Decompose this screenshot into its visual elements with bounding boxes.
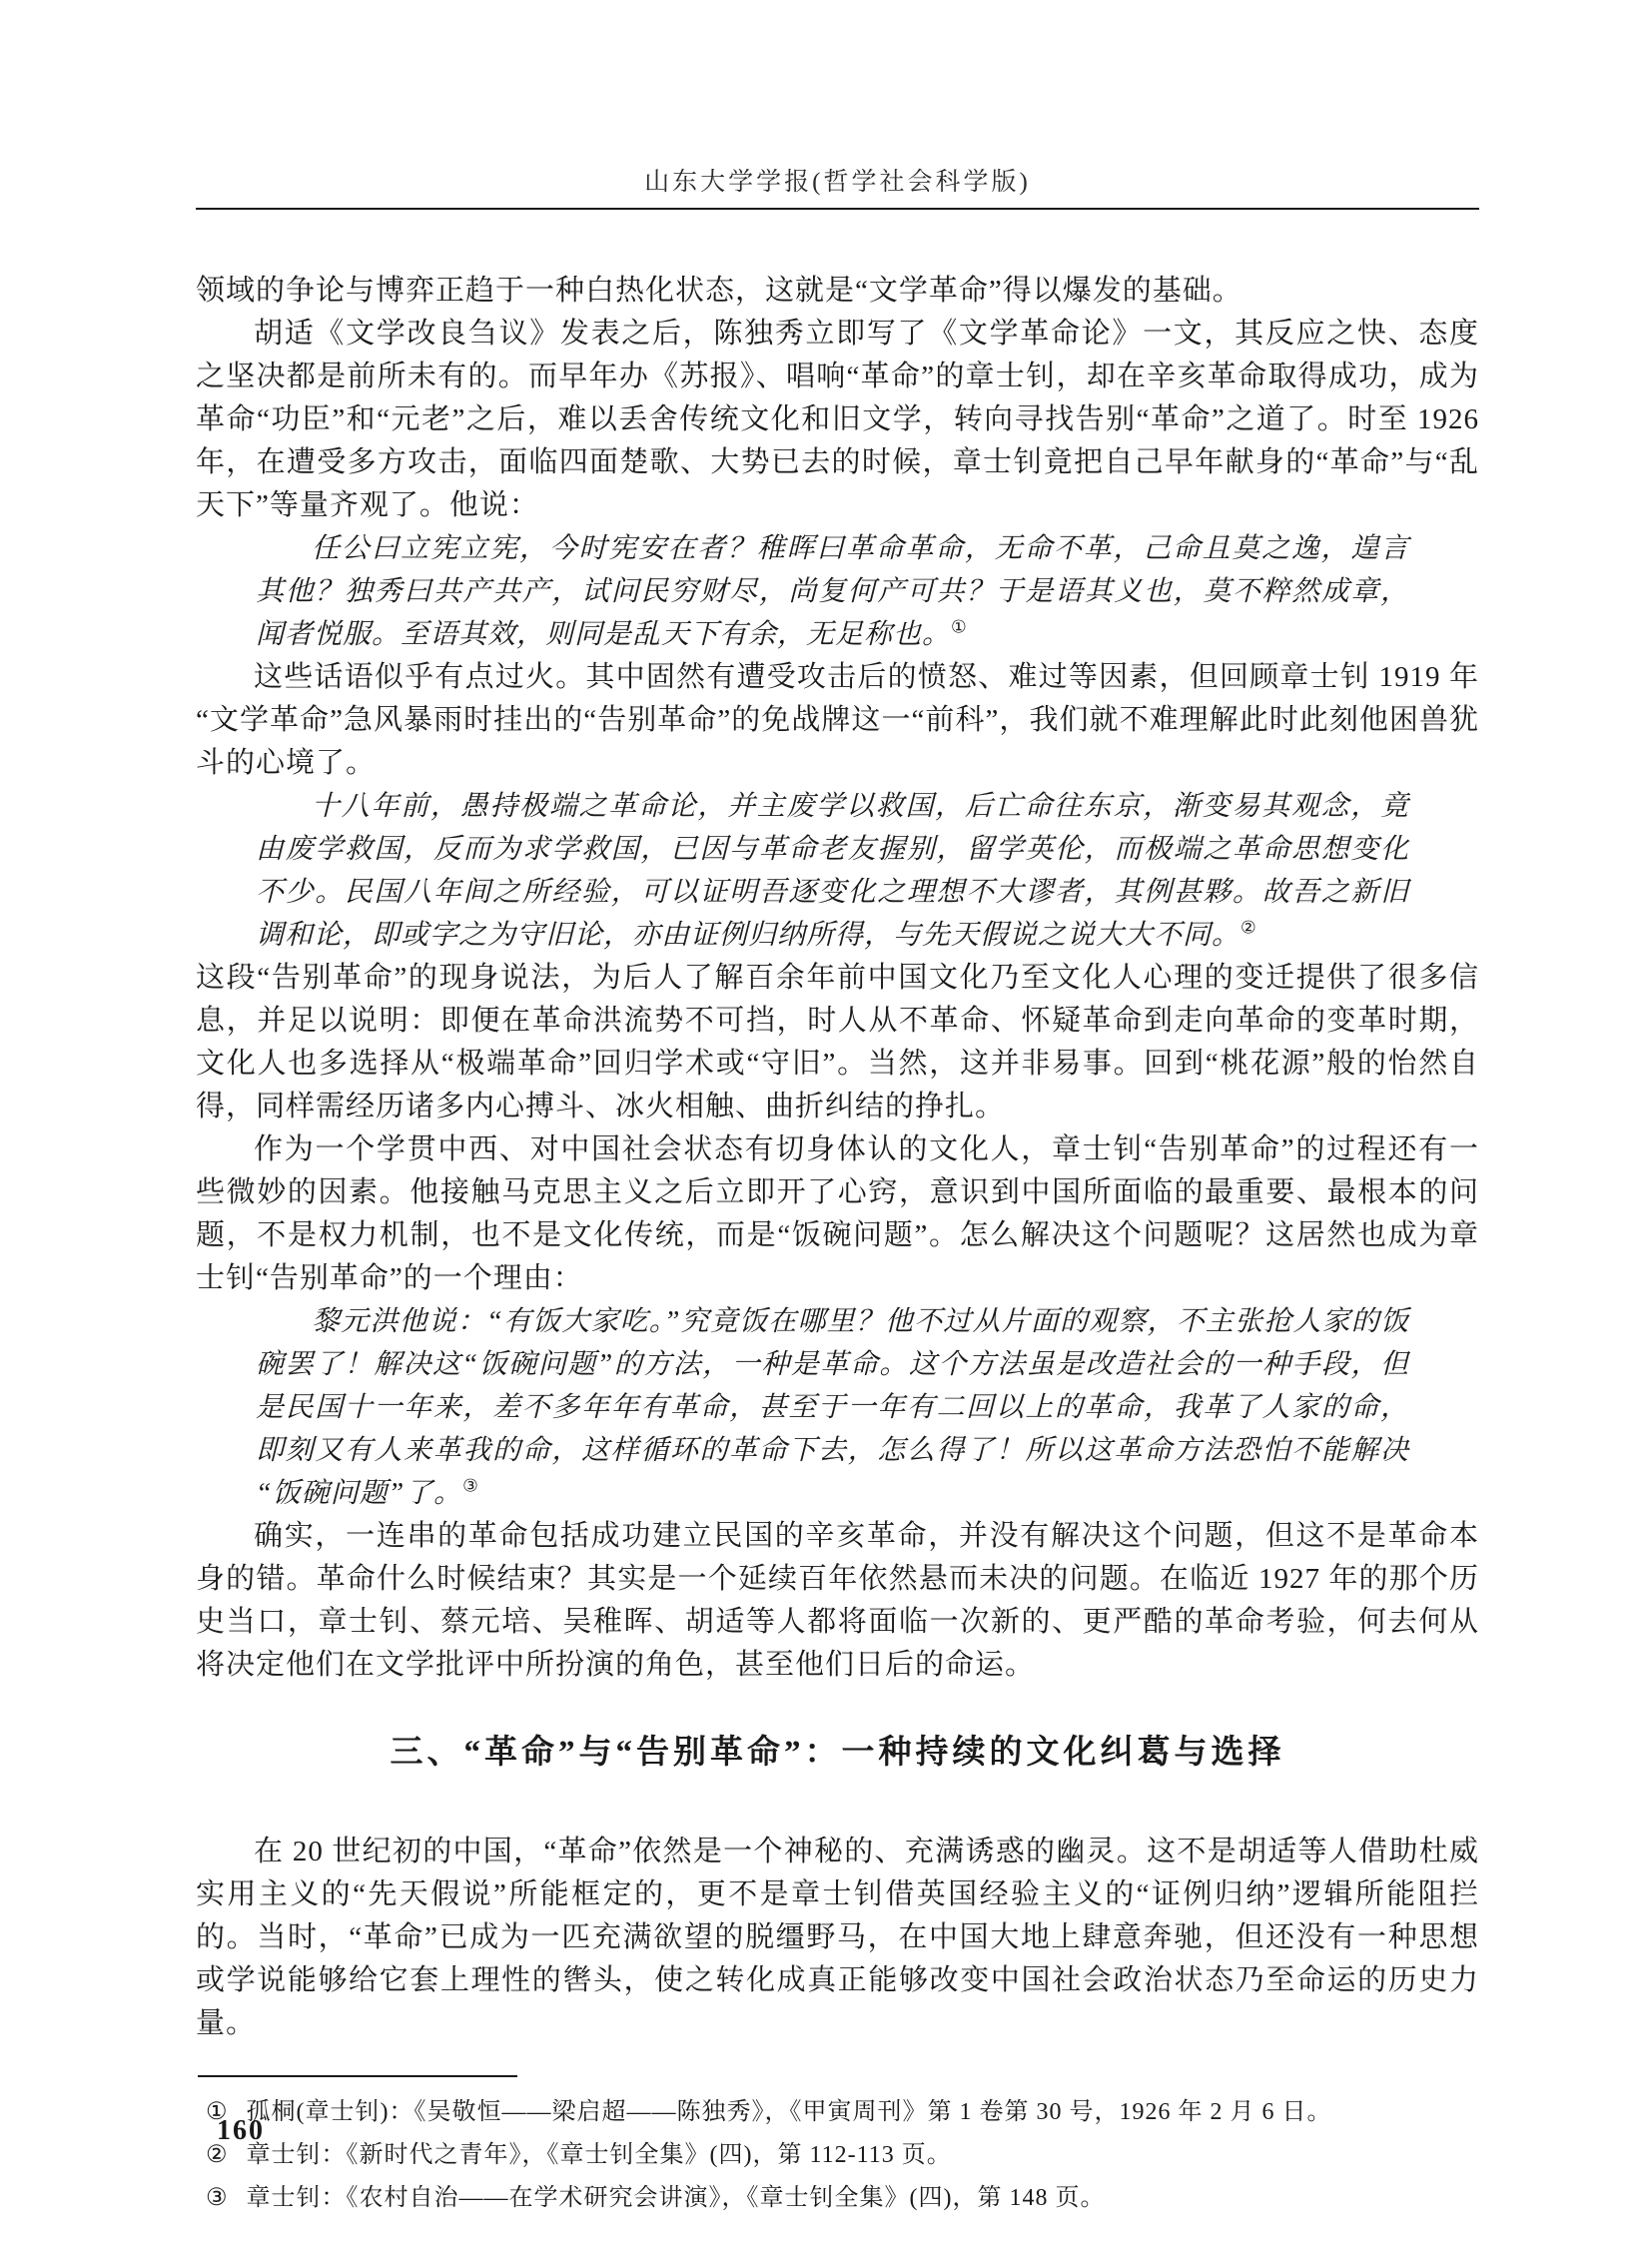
quote-text: 十八年前，愚持极端之革命论，并主废学以救国，后亡命往东京，渐变易其观念，竟由废学…: [256, 791, 1409, 951]
footnote-ref-3: ③: [462, 1477, 479, 1496]
block-quote: 任公曰立宪立宪，今时宪安在者？稚晖曰革命革命，无命不革，己命且莫之逸，遑言其他？…: [256, 527, 1409, 656]
quote-text: 黎元洪他说：“有饭大家吃。”究竟饭在哪里？他不过从片面的观察，不主张抢人家的饭碗…: [256, 1306, 1409, 1509]
page-number: 160: [217, 2115, 265, 2147]
paragraph: 领域的争论与博弈正趋于一种白热化状态，这就是“文学革命”得以爆发的基础。: [196, 270, 1479, 313]
paragraph: 确实，一连串的革命包括成功建立民国的辛亥革命，并没有解决这个问题，但这不是革命本…: [196, 1515, 1479, 1687]
journal-page: 山东大学学报(哲学社会科学版) 领域的争论与博弈正趋于一种白热化状态，这就是“文…: [0, 0, 1652, 2241]
paragraph: 胡适《文学改良刍议》发表之后，陈独秀立即写了《文学革命论》一文，其反应之快、态度…: [196, 313, 1479, 527]
footnotes-section: ① 孤桐(章士钊)：《吴敬恒——梁启超——陈独秀》，《甲寅周刊》第 1 卷第 3…: [196, 2075, 1479, 2220]
footnote-text: 章士钊：《农村自治——在学术研究会讲演》，《章士钊全集》(四)，第 148 页。: [247, 2177, 1479, 2220]
block-quote: 黎元洪他说：“有饭大家吃。”究竟饭在哪里？他不过从片面的观察，不主张抢人家的饭碗…: [256, 1300, 1409, 1515]
header-rule: [196, 208, 1479, 210]
footnote-list: ① 孤桐(章士钊)：《吴敬恒——梁启超——陈独秀》，《甲寅周刊》第 1 卷第 3…: [196, 2091, 1479, 2220]
footnote-divider: [198, 2075, 517, 2077]
footnote-ref-2: ②: [1240, 919, 1257, 938]
article-body: 领域的争论与博弈正趋于一种白热化状态，这就是“文学革命”得以爆发的基础。 胡适《…: [196, 270, 1479, 2045]
paragraph: 这段“告别革命”的现身说法，为后人了解百余年前中国文化乃至文化人心理的变迁提供了…: [196, 957, 1479, 1128]
paragraph: 在 20 世纪初的中国，“革命”依然是一个神秘的、充满诱惑的幽灵。这不是胡适等人…: [196, 1831, 1479, 2045]
paragraph: 这些话语似乎有点过火。其中固然有遭受攻击后的愤怒、难过等因素，但回顾章士钊 19…: [196, 656, 1479, 785]
footnote-item: ③ 章士钊：《农村自治——在学术研究会讲演》，《章士钊全集》(四)，第 148 …: [196, 2177, 1479, 2220]
footnote-text: 章士钊：《新时代之青年》，《章士钊全集》(四)，第 112-113 页。: [247, 2134, 1479, 2177]
section-heading: 三、“革命”与“告别革命”：一种持续的文化纠葛与选择: [196, 1729, 1479, 1777]
footnote-item: ② 章士钊：《新时代之青年》，《章士钊全集》(四)，第 112-113 页。: [196, 2134, 1479, 2177]
journal-header-title: 山东大学学报(哲学社会科学版): [196, 168, 1479, 198]
paragraph: 作为一个学贯中西、对中国社会状态有切身体认的文化人，章士钊“告别革命”的过程还有…: [196, 1128, 1479, 1300]
footnote-item: ① 孤桐(章士钊)：《吴敬恒——梁启超——陈独秀》，《甲寅周刊》第 1 卷第 3…: [196, 2091, 1479, 2134]
footnote-text: 孤桐(章士钊)：《吴敬恒——梁启超——陈独秀》，《甲寅周刊》第 1 卷第 30 …: [247, 2091, 1479, 2134]
footnote-marker: ③: [206, 2177, 229, 2220]
quote-text: 任公曰立宪立宪，今时宪安在者？稚晖曰革命革命，无命不革，己命且莫之逸，遑言其他？…: [256, 533, 1409, 650]
footnote-ref-1: ①: [951, 618, 968, 637]
block-quote: 十八年前，愚持极端之革命论，并主废学以救国，后亡命往东京，渐变易其观念，竟由废学…: [256, 785, 1409, 957]
